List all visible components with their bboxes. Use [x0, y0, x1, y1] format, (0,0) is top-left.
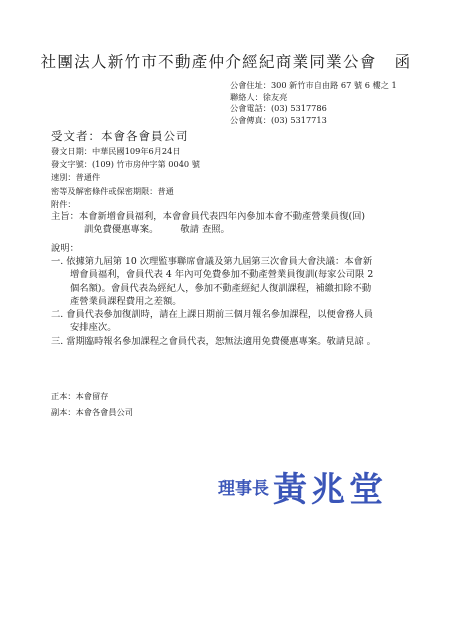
subject-line-2-text: 訓免費優惠專案。 — [84, 224, 158, 235]
issue-date: 發文日期：中華民國109年6月24日 — [51, 145, 200, 158]
list-item: 二. 會員代表參加復訓時，請在上課日期前三個月報名參加課程，以便會務人員 安排座… — [51, 308, 446, 335]
item-2-line-1: 二. 會員代表參加復訓時，請在上課日期前三個月報名參加課程，以便會務人員 — [51, 308, 446, 321]
explanation-label: 說明： — [51, 240, 79, 254]
sender-fax: 公會傳真：(03) 5317713 — [230, 115, 397, 127]
copy-recipient: 副本：本會各會員公司 — [51, 404, 133, 420]
item-3-line-1: 三. 當期臨時報名參加課程之會員代表，恕無法適用免費優惠專案。敬請見諒 。 — [51, 335, 446, 348]
subject-line-2: 訓免費優惠專案。敬請 查照。 — [51, 223, 446, 236]
sender-info: 公會住址：300 新竹市自由路 67 號 6 樓之 1 聯絡人：徐友亮 公會電話… — [230, 80, 397, 126]
explanation-list: 一. 依據第九屆第 10 次理監事聯席會議及第九屆第三次會員大會決議：本會新 增… — [51, 255, 446, 348]
item-1-line-1: 一. 依據第九屆第 10 次理監事聯席會議及第九屆第三次會員大會決議：本會新 — [51, 255, 446, 268]
original-recipient: 正本：本會留存 — [51, 388, 133, 404]
signature-name: 黃兆堂 — [273, 470, 387, 510]
document-number: 發文字號：(109) 竹市房仲字第 0040 號 — [51, 158, 200, 171]
item-2-line-2: 安排座次。 — [51, 321, 446, 334]
classification: 密等及解密條件或保密期限：普通 — [51, 185, 200, 198]
distribution: 正本：本會留存 副本：本會各會員公司 — [51, 388, 133, 420]
signature-stamp: 理事長黃兆堂 — [218, 462, 387, 511]
signature-role: 理事長 — [218, 479, 269, 499]
item-1-line-4: 產營業員課程費用之差額。 — [51, 295, 446, 308]
document-meta: 發文日期：中華民國109年6月24日 發文字號：(109) 竹市房仲字第 004… — [51, 145, 200, 211]
recipient: 受文者：本會各會員公司 — [51, 128, 189, 144]
subject-line-1: 主旨：本會新增會員福利，本會會員代表四年內參加本會不動產營業員復(回) — [51, 210, 446, 223]
subject-section: 主旨：本會新增會員福利，本會會員代表四年內參加本會不動產營業員復(回) 訓免費優… — [51, 210, 446, 236]
subject-closing: 敬請 查照。 — [180, 224, 229, 235]
sender-address: 公會住址：300 新竹市自由路 67 號 6 樓之 1 — [230, 80, 397, 92]
list-item: 一. 依據第九屆第 10 次理監事聯席會議及第九屆第三次會員大會決議：本會新 增… — [51, 255, 446, 308]
organization-name: 社團法人新竹市不動產仲介經紀商業同業公會 — [41, 53, 377, 71]
sender-contact: 聯絡人：徐友亮 — [230, 92, 397, 104]
item-1-line-3: 個名額)。會員代表為經紀人，參加不動產經紀人復訓課程，補繳扣除不動 — [51, 282, 446, 295]
delivery-speed: 速別：普通件 — [51, 171, 200, 184]
document-kind: 函 — [395, 53, 412, 71]
document-title: 社團法人新竹市不動產仲介經紀商業同業公會函 — [0, 50, 452, 72]
list-item: 三. 當期臨時報名參加課程之會員代表，恕無法適用免費優惠專案。敬請見諒 。 — [51, 335, 446, 348]
item-1-line-2: 增會員福利，會員代表 4 年內可免費參加不動產營業員復訓(每家公司限 2 — [51, 268, 446, 281]
sender-phone: 公會電話：(03) 5317786 — [230, 103, 397, 115]
